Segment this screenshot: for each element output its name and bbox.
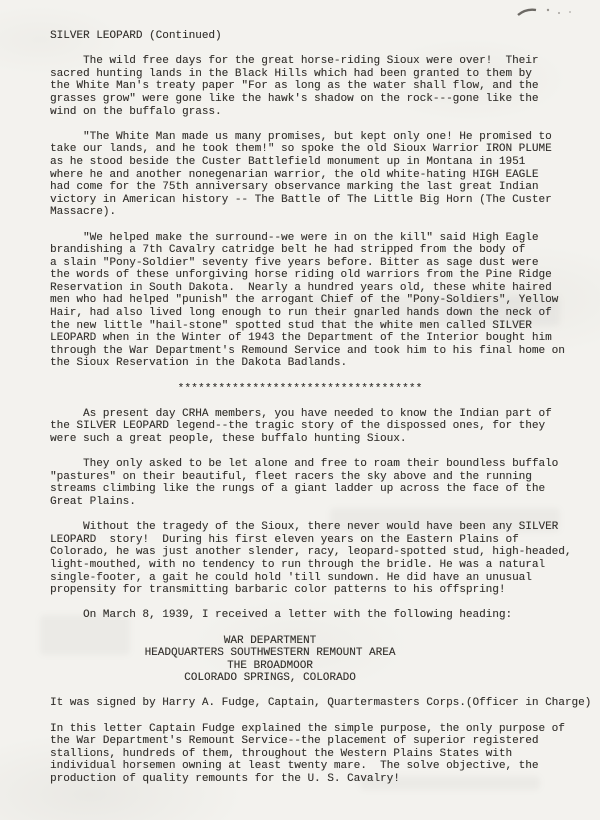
paragraph-silver-leopard-story: Without the tragedy of the Sioux, there … (50, 521, 572, 597)
asterisk-divider: ************************************ (50, 383, 550, 396)
document-content: SILVER LEOPARD (Continued) The wild free… (50, 30, 572, 786)
paragraph-letter-intro: On March 8, 1939, I received a letter wi… (50, 609, 572, 622)
paragraph-iron-plume-quote: "The White Man made us many promises, bu… (50, 131, 572, 219)
paragraph-buffalo-pastures: They only asked to be let alone and free… (50, 458, 572, 508)
paragraph-high-eagle-quote: "We helped make the surround--we were in… (50, 232, 572, 371)
paragraph-sioux-freedom: The wild free days for the great horse-r… (50, 55, 572, 118)
document-page: SILVER LEOPARD (Continued) The wild free… (0, 0, 600, 820)
paragraph-crha-members: As present day CRHA members, you have ne… (50, 408, 572, 446)
paragraph-remount-service: In this letter Captain Fudge explained t… (50, 723, 572, 786)
page-title: SILVER LEOPARD (Continued) (50, 30, 572, 43)
pen-mark (512, 3, 578, 27)
signature-line: It was signed by Harry A. Fudge, Captain… (50, 697, 572, 710)
letterhead-block: WAR DEPARTMENT HEADQUARTERS SOUTHWESTERN… (50, 635, 490, 685)
